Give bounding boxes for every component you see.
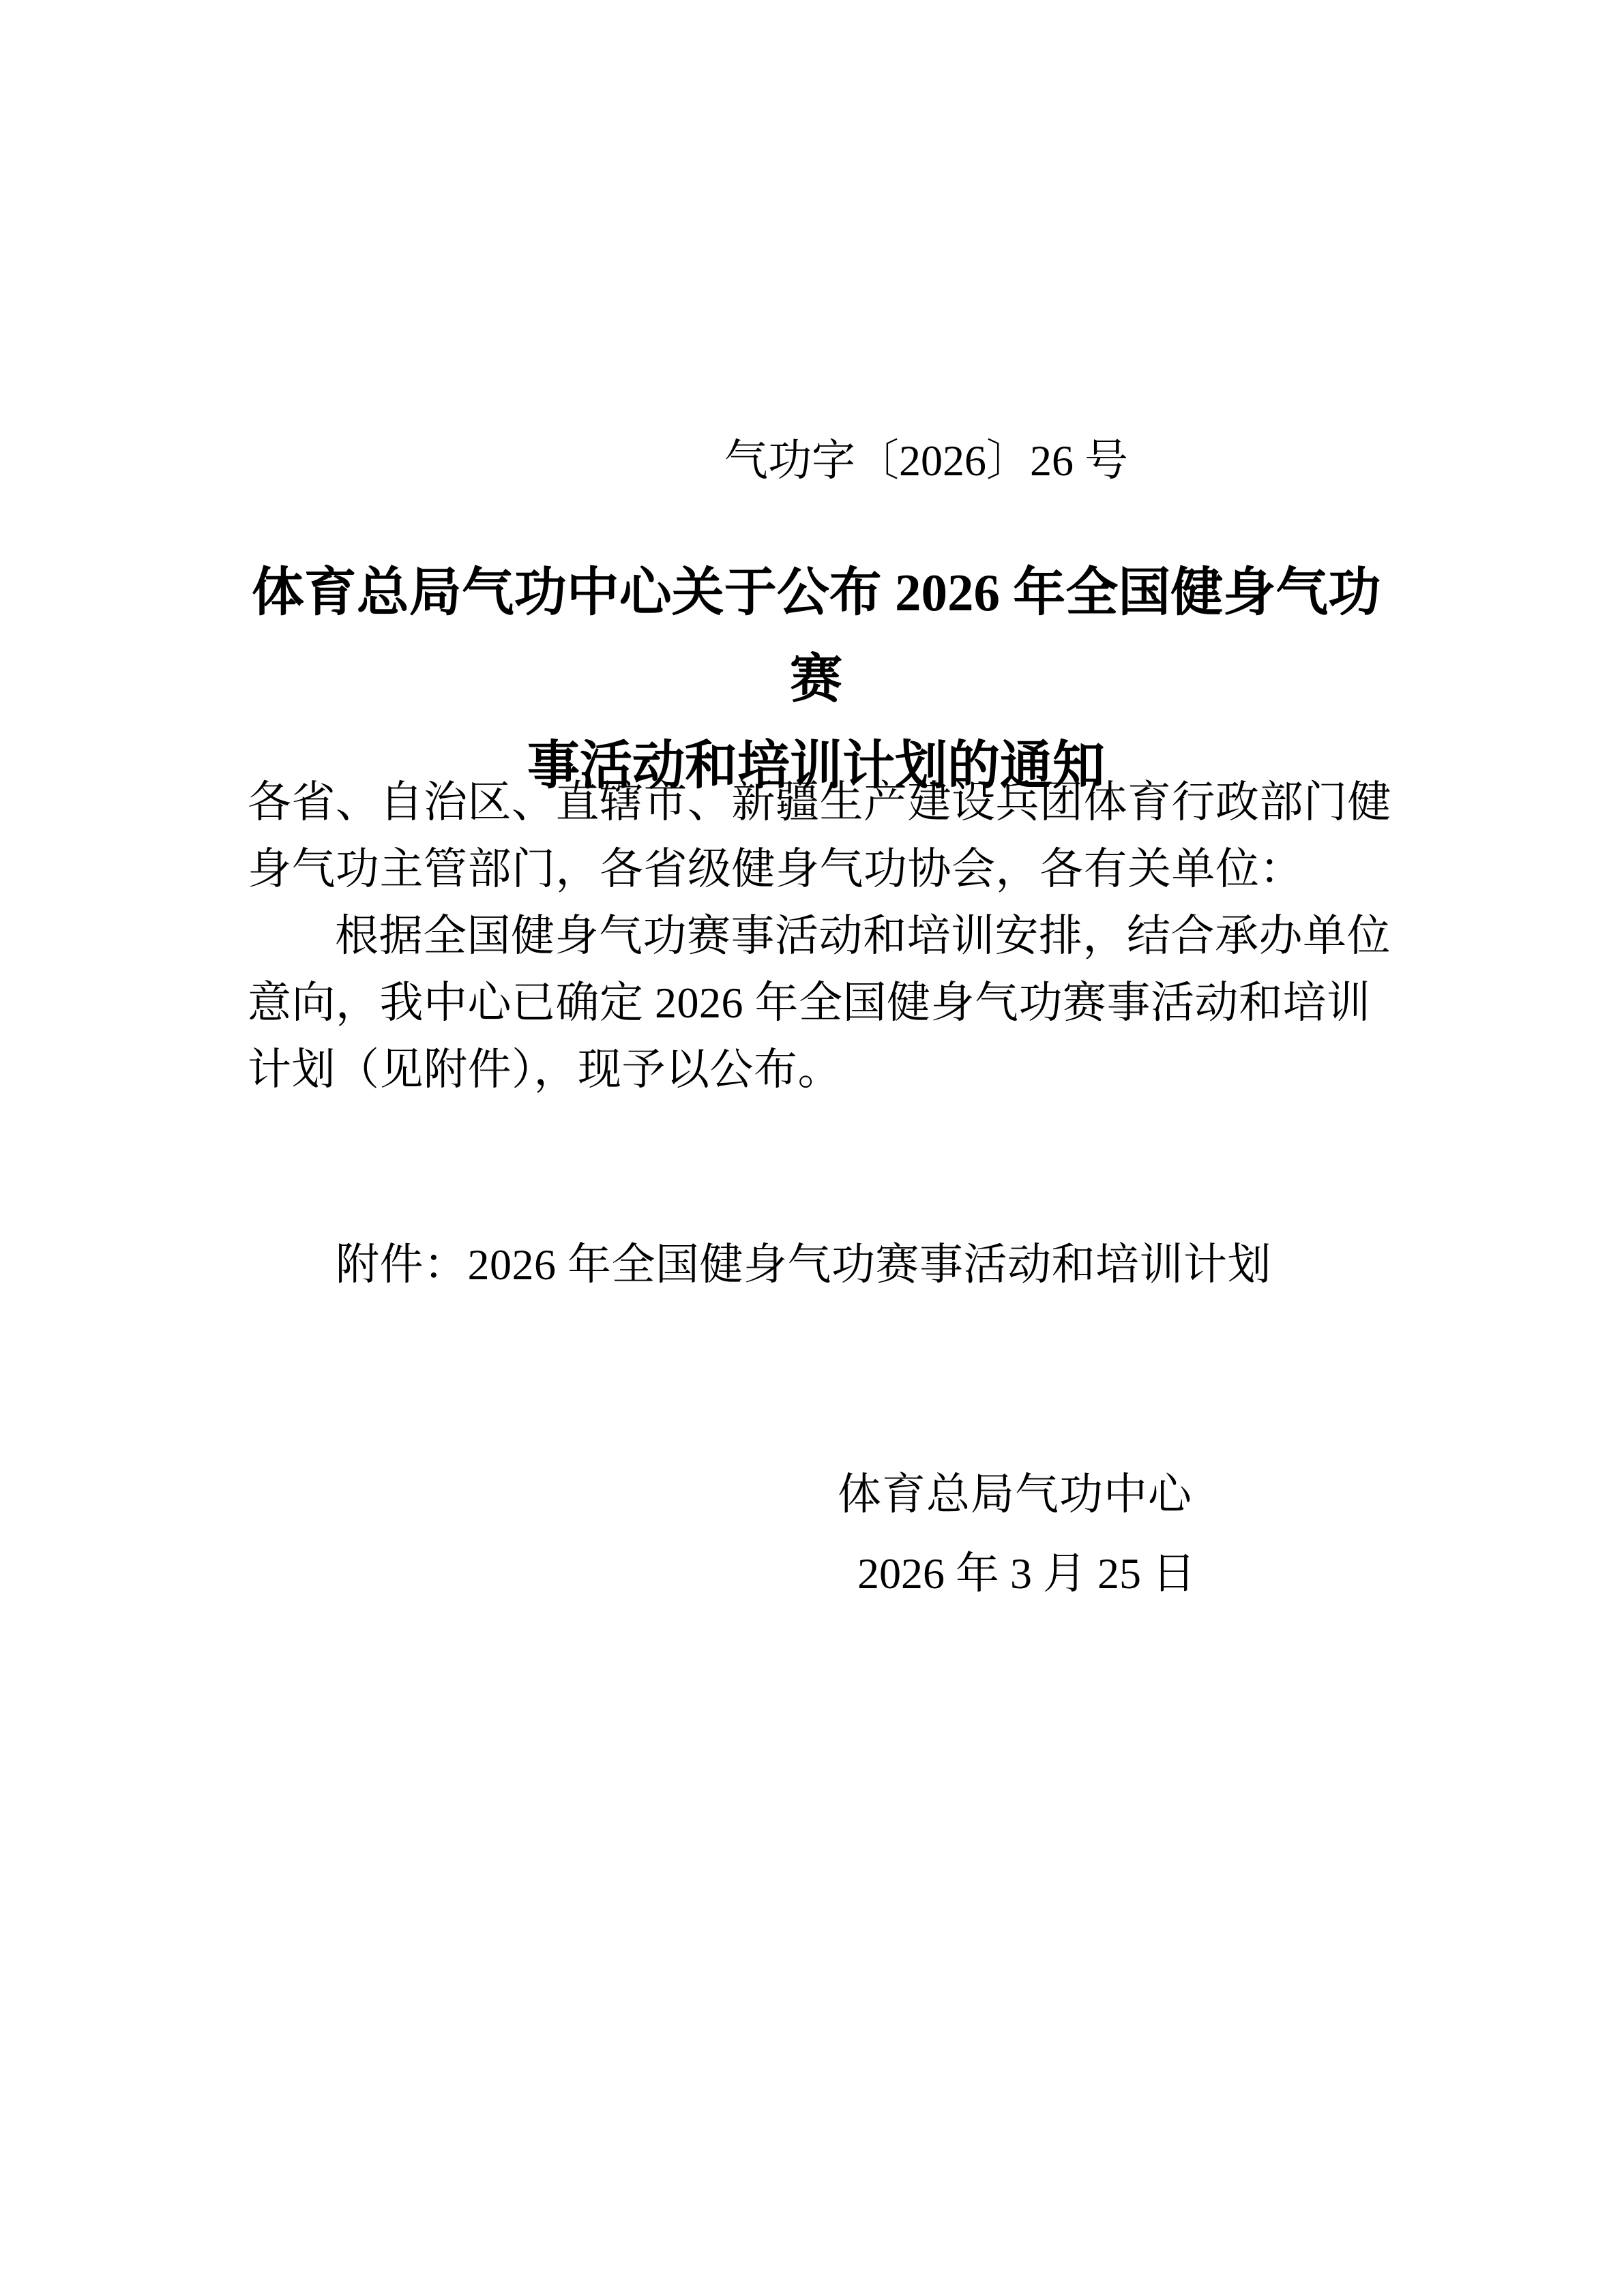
- attachment-line: 附件：2026 年全国健身气功赛事活动和培训计划: [336, 1232, 1271, 1298]
- document-body: 各省、自治区、直辖市、新疆生产建设兵团体育行政部门健 身气功主管部门，各省级健身…: [248, 769, 1393, 1103]
- body-line-paragraph-2: 意向，我中心已确定 2026 年全国健身气功赛事活动和培训: [248, 970, 1393, 1037]
- issuer-signature: 体育总局气功中心: [838, 1461, 1192, 1528]
- body-line-recipients-2: 身气功主管部门，各省级健身气功协会，各有关单位：: [248, 836, 1393, 903]
- body-line-paragraph-1: 根据全国健身气功赛事活动和培训安排，结合承办单位: [248, 903, 1393, 970]
- issue-date: 2026 年 3 月 25 日: [857, 1540, 1196, 1607]
- body-line-recipients-1: 各省、自治区、直辖市、新疆生产建设兵团体育行政部门健: [248, 769, 1393, 836]
- doc-number: 气功字〔2026〕26 号: [724, 428, 1128, 494]
- document-page: 气功字〔2026〕26 号 体育总局气功中心关于公布 2026 年全国健身气功赛…: [0, 0, 1624, 2296]
- body-line-paragraph-3: 计划（见附件），现予以公布。: [248, 1037, 1393, 1103]
- document-title-line-1: 体育总局气功中心关于公布 2026 年全国健身气功赛: [248, 550, 1385, 723]
